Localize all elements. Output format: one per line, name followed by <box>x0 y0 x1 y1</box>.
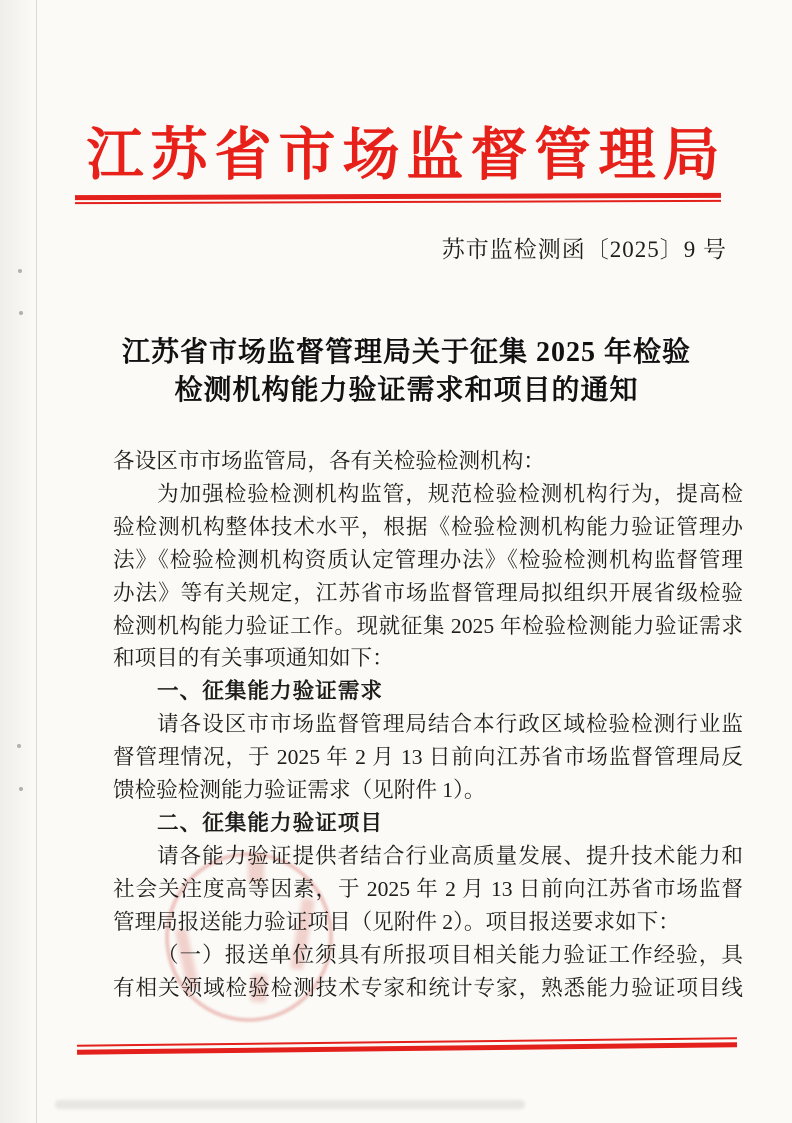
body-line: （一）报送单位须具有所报项目相关能力验证工作经验，具 <box>113 939 743 972</box>
body-line: 检测机构能力验证工作。现就征集 2025 年检验检测能力验证需求 <box>113 610 743 643</box>
body-line: 办法》等有关规定，江苏省市场监督管理局拟组织开展省级检验 <box>113 577 743 610</box>
doc-title: 江苏省市场监督管理局关于征集 2025 年检验 检测机构能力验证需求和项目的通知 <box>0 334 792 410</box>
doc-title-line-1: 江苏省市场监督管理局关于征集 2025 年检验 <box>0 334 792 372</box>
letterhead-rule <box>75 193 721 204</box>
body-heading-1: 一、征集能力验证需求 <box>113 675 743 708</box>
agency-letterhead: 江苏省市场监督管理局 <box>75 126 738 186</box>
scan-edge-shade <box>0 0 36 1123</box>
body-line: 社会关注度高等因素，于 2025 年 2 月 13 日前向江苏省市场监督 <box>113 873 743 906</box>
footer-rule <box>77 1037 737 1054</box>
punch-hole <box>18 269 22 273</box>
scan-smudge <box>55 1100 525 1109</box>
doc-number: 苏市监检测函〔2025〕9 号 <box>442 231 727 264</box>
scanned-document-page: 江苏省市场监督管理局 苏市监检测函〔2025〕9 号 江苏省市场监督管理局关于征… <box>0 0 792 1123</box>
body-line: 有相关领域检验检测技术专家和统计专家，熟悉能力验证项目线 <box>113 972 743 1005</box>
body-line: 督管理情况，于 2025 年 2 月 13 日前向江苏省市场监督管理局反 <box>113 741 743 774</box>
body-line-salutation: 各设区市市场监管局，各有关检验检测机构： <box>113 445 743 478</box>
body-line: 验检测机构整体技术水平，根据《检验检测机构能力验证管理办 <box>113 511 743 544</box>
punch-hole <box>19 787 23 791</box>
body-line: 法》《检验检测机构资质认定管理办法》《检验检测机构监督管理 <box>113 544 743 577</box>
punch-hole <box>19 311 23 315</box>
doc-body: 各设区市市场监管局，各有关检验检测机构： 为加强检验检测机构监管，规范检验检测机… <box>113 445 743 1004</box>
body-line: 请各能力验证提供者结合行业高质量发展、提升技术能力和 <box>113 840 743 873</box>
body-line: 请各设区市市场监督管理局结合本行政区域检验检测行业监 <box>113 708 743 741</box>
doc-title-line-2: 检测机构能力验证需求和项目的通知 <box>0 372 792 410</box>
body-heading-2: 二、征集能力验证项目 <box>113 807 743 840</box>
scan-edge-line <box>36 0 37 1123</box>
body-line: 和项目的有关事项通知如下： <box>113 642 743 675</box>
body-line: 管理局报送能力验证项目（见附件 2）。项目报送要求如下： <box>113 906 743 939</box>
punch-hole <box>17 744 21 748</box>
body-line: 馈检验检测能力验证需求（见附件 1）。 <box>113 774 743 807</box>
body-line: 为加强检验检测机构监管，规范检验检测机构行为，提高检 <box>113 478 743 511</box>
